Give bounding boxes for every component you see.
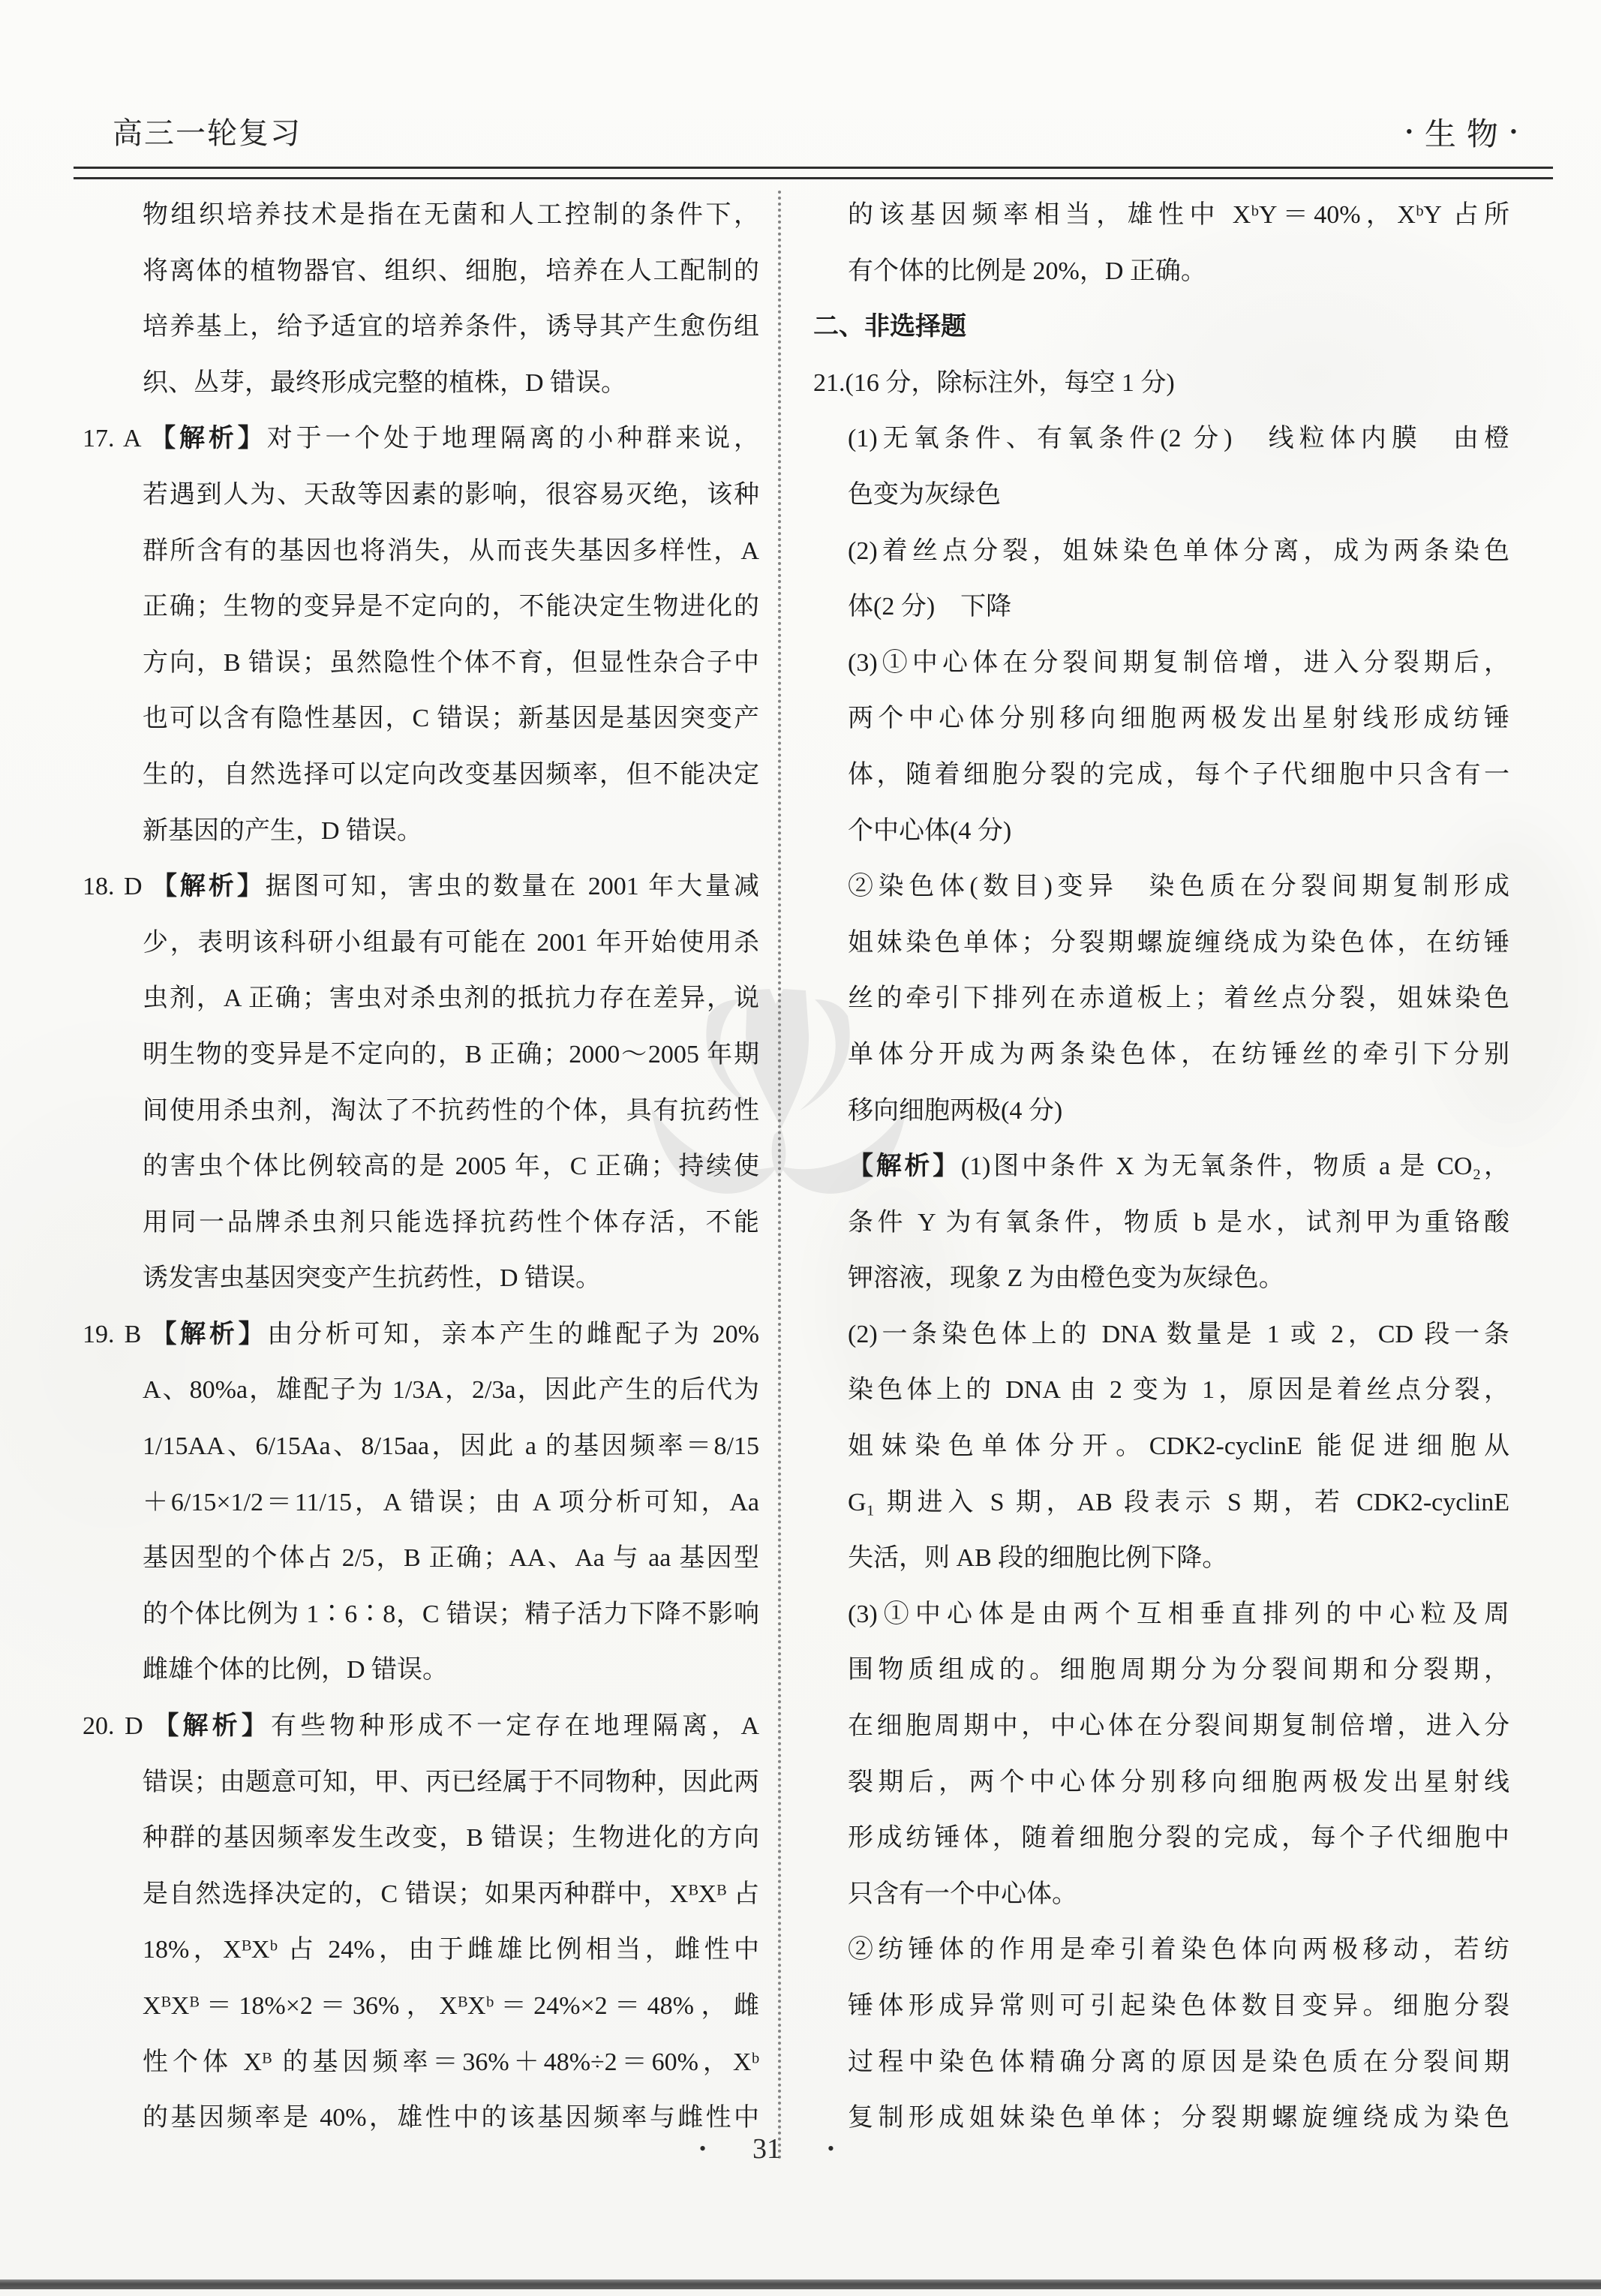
text-line: 18. D 【解析】据图可知，害虫的数量在 2001 年大量减 (83, 859, 759, 915)
text-line: 18%，XᴮXᵇ 占 24%，由于雌雄比例相当，雌性中 (83, 1922, 759, 1979)
dot-icon: • (828, 2138, 834, 2160)
text-line: 个中心体(4 分) (813, 804, 1509, 860)
text-line: 姐妹染色单体分开。CDK2-cyclinE 能促进细胞从 (813, 1419, 1509, 1475)
text-line: 的基因频率是 40%，雄性中的该基因频率与雌性中 (83, 2090, 759, 2147)
answer-column-right: 的该基因频率相当，雄性中 XᵇY＝40%，XᵇY 占所有个体的比例是 20%，D… (813, 188, 1509, 2147)
text-line: 1/15AA、6/15Aa、8/15aa，因此 a 的基因频率＝8/15 (83, 1419, 759, 1475)
text-line: 20. D 【解析】有些物种形成不一定存在地理隔离，A (83, 1699, 759, 1755)
text-line: 雌雄个体的比例，D 错误。 (83, 1642, 759, 1699)
text-line: 正确；生物的变异是不定向的，不能决定生物进化的 (83, 579, 759, 636)
text-line: ②染色体(数目)变异 染色质在分裂间期复制形成 (813, 859, 1509, 915)
text-line: (3)①中心体是由两个互相垂直排列的中心粒及周 (813, 1587, 1509, 1643)
header-right-title: • 生物 • (1406, 110, 1517, 155)
text-line: 移向细胞两极(4 分) (813, 1083, 1509, 1140)
text-line: ＋6/15×1/2＝11/15，A 错误；由 A 项分析可知，Aa (83, 1475, 759, 1531)
text-line: 若遇到人为、天敌等因素的影响，很容易灭绝，该种 (83, 467, 759, 524)
header-double-rule (74, 167, 1553, 179)
text-line: 二、非选择题 (813, 299, 1509, 356)
text-line: 间使用杀虫剂，淘汰了不抗药性的个体，具有抗药性 (83, 1083, 759, 1140)
text-line: 两个中心体分别移向细胞两极发出星射线形成纺锤 (813, 691, 1509, 747)
text-line: 物组织培养技术是指在无菌和人工控制的条件下， (83, 188, 759, 244)
text-line: 用同一品牌杀虫剂只能选择抗药性个体存活，不能 (83, 1195, 759, 1252)
text-line: 形成纺锤体，随着细胞分裂的完成，每个子代细胞中 (813, 1811, 1509, 1867)
text-line: 复制形成姐妹染色单体；分裂期螺旋缠绕成为染色 (813, 2090, 1509, 2147)
text-line: A、80%a，雄配子为 1/3A，2/3a，因此产生的后代为 (83, 1363, 759, 1419)
text-line: 单体分开成为两条染色体，在纺锤丝的牵引下分别 (813, 1027, 1509, 1083)
text-line: 方向，B 错误；虽然隐性个体不育，但显性杂合子中 (83, 636, 759, 692)
dot-icon: • (1406, 116, 1413, 148)
answer-column-left: 物组织培养技术是指在无菌和人工控制的条件下，将离体的植物器官、组织、细胞，培养在… (83, 188, 759, 2147)
text-line: 体，随着细胞分裂的完成，每个子代细胞中只含有一 (813, 747, 1509, 804)
text-line: G₁ 期进入 S 期，AB 段表示 S 期，若 CDK2-cyclinE (813, 1475, 1509, 1531)
text-line: 诱发害虫基因突变产生抗药性，D 错误。 (83, 1251, 759, 1307)
text-line: 17. A 【解析】对于一个处于地理隔离的小种群来说， (83, 411, 759, 467)
text-line: 只含有一个中心体。 (813, 1867, 1509, 1923)
text-line: (2)着丝点分裂，姐妹染色单体分离，成为两条染色 (813, 524, 1509, 580)
text-line: (1)无氧条件、有氧条件(2 分) 线粒体内膜 由橙 (813, 411, 1509, 467)
analysis-label: 【解析】 (152, 873, 266, 900)
text-line: 将离体的植物器官、组织、细胞，培养在人工配制的 (83, 244, 759, 300)
header-left-title: 高三一轮复习 (113, 110, 302, 152)
text-line: 21.(16 分，除标注外，每空 1 分) (813, 356, 1509, 412)
text-line: 错误；由题意可知，甲、丙已经属于不同物种，因此两 (83, 1755, 759, 1811)
text-line: 明生物的变异是不定向的，B 正确；2000～2005 年期 (83, 1027, 759, 1083)
text-line: 虫剂，A 正确；害虫对杀虫剂的抵抗力存在差异，说 (83, 971, 759, 1027)
text-line: 有个体的比例是 20%，D 正确。 (813, 244, 1509, 300)
analysis-label: 【解析】 (150, 425, 267, 452)
text-line: 种群的基因频率发生改变，B 错误；生物进化的方向 (83, 1811, 759, 1867)
text-line: 性个体 Xᴮ 的基因频率＝36%＋48%÷2＝60%，Xᵇ (83, 2035, 759, 2091)
text-line: 染色体上的 DNA 由 2 变为 1，原因是着丝点分裂， (813, 1363, 1509, 1419)
text-line: 生的，自然选择可以定向改变基因频率，但不能决定 (83, 747, 759, 804)
text-line: 条件 Y 为有氧条件，物质 b 是水，试剂甲为重铬酸 (813, 1195, 1509, 1252)
text-line: XᴮXᴮ＝18%×2＝36%，XᴮXᵇ＝24%×2＝48%，雌 (83, 1979, 759, 2035)
text-line: 新基因的产生，D 错误。 (83, 804, 759, 860)
analysis-label: 【解析】 (848, 1153, 961, 1180)
text-line: 群所含有的基因也将消失，从而丧失基因多样性，A (83, 524, 759, 580)
dot-icon: • (1510, 116, 1517, 148)
scan-bottom-edge (0, 2279, 1601, 2289)
analysis-label: 【解析】 (152, 1321, 268, 1348)
text-line: 裂期后，两个中心体分别移向细胞两极发出星射线 (813, 1755, 1509, 1811)
text-line: 基因型的个体占 2/5，B 正确；AA、Aa 与 aa 基因型 (83, 1531, 759, 1587)
text-line: 19. B 【解析】由分析可知，亲本产生的雌配子为 20% (83, 1307, 759, 1363)
text-line: ②纺锤体的作用是牵引着染色体向两极移动，若纺 (813, 1922, 1509, 1979)
column-divider (778, 191, 781, 2161)
text-line: 的个体比例为 1∶6∶8，C 错误；精子活力下降不影响 (83, 1587, 759, 1643)
text-line: 在细胞周期中，中心体在分裂间期复制倍增，进入分 (813, 1699, 1509, 1755)
text-line: 是自然选择决定的，C 错误；如果丙种群中，XᴮXᴮ 占 (83, 1867, 759, 1923)
page-footer: • 31 • (699, 2132, 834, 2165)
text-line: 【解析】(1)图中条件 X 为无氧条件，物质 a 是 CO₂， (813, 1139, 1509, 1195)
subject-title: 生物 (1425, 110, 1509, 155)
analysis-label: 【解析】 (153, 1712, 271, 1740)
text-line: 也可以含有隐性基因，C 错误；新基因是基因突变产 (83, 691, 759, 747)
text-line: 失活，则 AB 段的细胞比例下降。 (813, 1531, 1509, 1587)
text-line: 锤体形成异常则可引起染色体数目变异。细胞分裂 (813, 1979, 1509, 2035)
text-line: 的该基因频率相当，雄性中 XᵇY＝40%，XᵇY 占所 (813, 188, 1509, 244)
text-line: 丝的牵引下排列在赤道板上；着丝点分裂，姐妹染色 (813, 971, 1509, 1027)
text-line: 培养基上，给予适宜的培养条件，诱导其产生愈伤组 (83, 299, 759, 356)
text-line: 过程中染色体精确分离的原因是染色质在分裂间期 (813, 2035, 1509, 2091)
text-line: 色变为灰绿色 (813, 467, 1509, 524)
page-number: 31 (752, 2132, 781, 2165)
text-line: (3)①中心体在分裂间期复制倍增，进入分裂期后， (813, 636, 1509, 692)
text-line: 围物质组成的。细胞周期分为分裂间期和分裂期， (813, 1642, 1509, 1699)
text-line: 织、丛芽，最终形成完整的植株，D 错误。 (83, 356, 759, 412)
text-line: 的害虫个体比例较高的是 2005 年，C 正确；持续使 (83, 1139, 759, 1195)
scanned-answer-page: 高三一轮复习 • 生物 • 物组织培养技术是指在无菌和人工控制的条件下，将离体的… (0, 0, 1601, 2296)
text-line: 体(2 分) 下降 (813, 579, 1509, 636)
text-line: 姐妹染色单体；分裂期螺旋缠绕成为染色体，在纺锤 (813, 915, 1509, 972)
text-line: 钾溶液，现象 Z 为由橙色变为灰绿色。 (813, 1251, 1509, 1307)
dot-icon: • (699, 2138, 706, 2160)
text-line: (2)一条染色体上的 DNA 数量是 1 或 2，CD 段一条 (813, 1307, 1509, 1363)
text-line: 少，表明该科研小组最有可能在 2001 年开始使用杀 (83, 915, 759, 972)
